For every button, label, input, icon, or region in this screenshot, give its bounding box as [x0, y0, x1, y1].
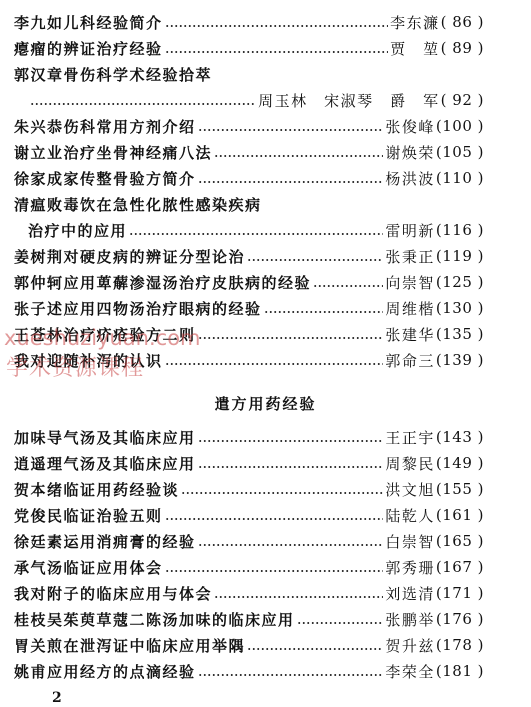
- toc-entry: 逍遥理气汤及其临床应用 周黎民 (149 ): [14, 452, 484, 474]
- entry-title: 郭仲轲应用萆薢渗湿汤治疗皮肤病的经验: [14, 272, 311, 293]
- entry-title: 郭汉章骨伤科学术经验拾萃: [14, 64, 212, 85]
- entry-author: 张建华: [385, 324, 435, 345]
- toc-entry: 姚甫应用经方的点滴经验 李荣全 (181 ): [14, 660, 484, 682]
- entry-author: 白崇智: [385, 531, 435, 552]
- dot-leader: [198, 544, 384, 546]
- dot-leader: [198, 337, 384, 339]
- toc-entry: 张子述应用四物汤治疗眼病的经验 周维楷 (130 ): [14, 297, 484, 319]
- entry-author: 王正宇: [385, 427, 435, 448]
- dot-leader: [214, 596, 383, 598]
- section-heading: 遣方用药经验: [0, 393, 531, 414]
- toc-entry: 郭仲轲应用萆薢渗湿汤治疗皮肤病的经验 向崇智 (125 ): [14, 271, 484, 293]
- entry-page: (119 ): [436, 247, 484, 265]
- entry-title: 清瘟败毒饮在急性化脓性感染疾病: [14, 194, 262, 215]
- toc-entry-continuation: 治疗中的应用 雷明新 (116 ): [28, 219, 484, 241]
- entry-author: 张鹏举: [385, 609, 435, 630]
- entry-page: (161 ): [436, 506, 484, 524]
- toc-entry: 加味导气汤及其临床应用 王正宇 (143 ): [14, 426, 484, 448]
- entry-author: 贾 堃: [390, 38, 440, 59]
- entry-page: (130 ): [436, 299, 484, 317]
- entry-title: 谢立业治疗坐骨神经痛八法: [14, 142, 212, 163]
- entry-title: 桂枝吴茱萸草蔻二陈汤加味的临床应用: [14, 609, 295, 630]
- dot-leader: [165, 25, 389, 27]
- toc-entry: 承气汤临证应用体会 郭秀珊 (167 ): [14, 556, 484, 578]
- entry-page: ( 89 ): [441, 39, 484, 57]
- dot-leader: [214, 155, 383, 157]
- toc-entry: 徐廷素运用消痈膏的经验 白崇智 (165 ): [14, 530, 484, 552]
- dot-leader: [165, 51, 389, 53]
- entry-page: (171 ): [436, 584, 484, 602]
- entry-author: 郭秀珊: [385, 557, 435, 578]
- dot-leader: [198, 129, 384, 131]
- entry-title: 我对附子的临床应用与体会: [14, 583, 212, 604]
- toc-entry: 党俊民临证治验五则 陆乾人 (161 ): [14, 504, 484, 526]
- dot-leader: [129, 233, 383, 235]
- entry-page: (165 ): [436, 532, 484, 550]
- entry-title: 徐廷素运用消痈膏的经验: [14, 531, 196, 552]
- dot-leader: [198, 674, 384, 676]
- entry-author: 杨洪波: [385, 168, 435, 189]
- dot-leader: [198, 181, 384, 183]
- entry-title: 徐家成家传整骨验方简介: [14, 168, 196, 189]
- dot-leader: [30, 103, 256, 105]
- dot-leader: [297, 622, 384, 624]
- entry-title: 姜树荆对硬皮病的辨证分型论治: [14, 246, 245, 267]
- entry-title: 党俊民临证治验五则: [14, 505, 163, 526]
- entry-page: (178 ): [436, 636, 484, 654]
- entry-title: 李九如儿科经验简介: [14, 12, 163, 33]
- entry-page: (139 ): [436, 351, 484, 369]
- dot-leader: [198, 466, 384, 468]
- toc-entry: 贺本绪临证用药经验谈 洪文旭 (155 ): [14, 478, 484, 500]
- entry-title: 瘪瘤的辨证治疗经验: [14, 38, 163, 59]
- toc-entry: 清瘟败毒饮在急性化脓性感染疾病: [14, 193, 484, 215]
- toc-entry: 胃关煎在泄泻证中临床应用举隅 贺升兹 (178 ): [14, 634, 484, 656]
- entry-title: 朱兴恭伤科常用方剂介绍: [14, 116, 196, 137]
- entry-title: 治疗中的应用: [28, 220, 127, 241]
- dot-leader: [247, 259, 383, 261]
- entry-author: 洪文旭: [385, 479, 435, 500]
- entry-page: (149 ): [436, 454, 484, 472]
- watermark-text: 学术资源课程: [6, 351, 144, 382]
- entry-page: (181 ): [436, 662, 484, 680]
- entry-author: 雷明新: [385, 220, 435, 241]
- entry-author: 刘选清: [385, 583, 435, 604]
- entry-page: (167 ): [436, 558, 484, 576]
- entry-page: ( 86 ): [441, 13, 484, 31]
- entry-page: (116 ): [436, 221, 484, 239]
- entry-page: ( 92 ): [441, 91, 484, 109]
- page-number: 2: [52, 690, 62, 706]
- toc-entry: 朱兴恭伤科常用方剂介绍 张俊峰 (100 ): [14, 115, 484, 137]
- toc-entry: 郭汉章骨伤科学术经验拾萃: [14, 63, 484, 85]
- entry-page: (125 ): [436, 273, 484, 291]
- entry-author: 周黎民: [385, 453, 435, 474]
- entry-title: 张子述应用四物汤治疗眼病的经验: [14, 298, 262, 319]
- entry-author: 陆乾人: [385, 505, 435, 526]
- dot-leader: [165, 518, 384, 520]
- entry-author: 李荣全: [385, 661, 435, 682]
- entry-title: 加味导气汤及其临床应用: [14, 427, 196, 448]
- toc-entry: 李九如儿科经验简介 李东濂 ( 86 ): [14, 11, 484, 33]
- entry-title: 逍遥理气汤及其临床应用: [14, 453, 196, 474]
- entry-title: 贺本绪临证用药经验谈: [14, 479, 179, 500]
- entry-page: (110 ): [436, 169, 484, 187]
- entry-author: 郭命三: [385, 350, 435, 371]
- dot-leader: [165, 570, 384, 572]
- entry-page: (105 ): [436, 143, 484, 161]
- dot-leader: [198, 440, 384, 442]
- toc-entry: 谢立业治疗坐骨神经痛八法 谢焕荣 (105 ): [14, 141, 484, 163]
- watermark-url: xueshuziyuan.com: [4, 326, 201, 350]
- entry-title: 胃关煎在泄泻证中临床应用举隅: [14, 635, 245, 656]
- toc-entry: 徐家成家传整骨验方简介 杨洪波 (110 ): [14, 167, 484, 189]
- entry-author: 贺升兹: [385, 635, 435, 656]
- entry-title: 姚甫应用经方的点滴经验: [14, 661, 196, 682]
- entry-author: 张秉正: [385, 246, 435, 267]
- dot-leader: [247, 648, 383, 650]
- entry-author: 向崇智: [385, 272, 435, 293]
- entry-page: (135 ): [436, 325, 484, 343]
- toc-entry: 瘪瘤的辨证治疗经验 贾 堃 ( 89 ): [14, 37, 484, 59]
- entry-page: (100 ): [436, 117, 484, 135]
- entry-author: 周维楷: [385, 298, 435, 319]
- toc-entry: 姜树荆对硬皮病的辨证分型论治 张秉正 (119 ): [14, 245, 484, 267]
- dot-leader: [181, 492, 383, 494]
- toc-entry: 我对附子的临床应用与体会 刘选清 (171 ): [14, 582, 484, 604]
- entry-page: (155 ): [436, 480, 484, 498]
- entry-author: 周玉林 宋淑琴 爵 军: [258, 90, 440, 111]
- entry-author: 张俊峰: [385, 116, 435, 137]
- toc-entry-continuation: 周玉林 宋淑琴 爵 军 ( 92 ): [28, 89, 484, 111]
- entry-page: (143 ): [436, 428, 484, 446]
- toc-entry: 桂枝吴茱萸草蔻二陈汤加味的临床应用 张鹏举 (176 ): [14, 608, 484, 630]
- dot-leader: [165, 363, 384, 365]
- dot-leader: [313, 285, 383, 287]
- dot-leader: [264, 311, 384, 313]
- entry-page: (176 ): [436, 610, 484, 628]
- entry-author: 李东濂: [390, 12, 440, 33]
- entry-author: 谢焕荣: [385, 142, 435, 163]
- entry-title: 承气汤临证应用体会: [14, 557, 163, 578]
